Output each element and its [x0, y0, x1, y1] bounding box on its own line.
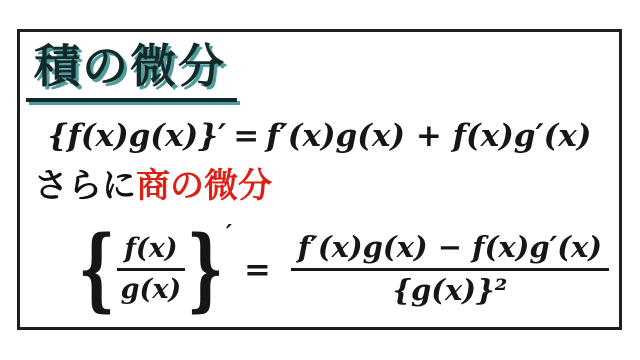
quotient-rule-formula: { f(x) g(x) } ′ = f′(x)g(x) − f(x)g′(x) …: [78, 216, 609, 322]
slide-frame: 積の微分 {f(x)g(x)}′=f′(x)g(x) + f(x)g′(x) さ…: [17, 29, 622, 330]
lhs-denominator: g(x): [117, 271, 184, 305]
open-brace: {: [78, 224, 115, 314]
quotient-rule-equals: =: [244, 250, 271, 288]
subheading-highlight: 商の微分: [136, 167, 272, 205]
subheading-prefix: さらに: [34, 167, 136, 205]
lesson-title: 積の微分: [34, 43, 226, 89]
lhs-numerator: f(x): [117, 233, 184, 270]
prime-mark: ′: [226, 220, 232, 247]
rhs-fraction: f′(x)g(x) − f(x)g′(x) {g(x)}²: [291, 231, 609, 307]
title-underline: [26, 98, 237, 102]
rhs-numerator: f′(x)g(x) − f(x)g′(x): [291, 231, 609, 270]
lhs-fraction: f(x) g(x): [117, 233, 184, 304]
product-rule-equals: =: [226, 118, 266, 154]
subheading: さらに商の微分: [34, 169, 272, 203]
product-rule-formula: {f(x)g(x)}′=f′(x)g(x) + f(x)g′(x): [20, 118, 619, 155]
product-rule-lhs: {f(x)g(x)}′: [48, 118, 227, 154]
product-rule-rhs: f′(x)g(x) + f(x)g′(x): [266, 118, 591, 154]
close-brace: }: [187, 224, 224, 314]
slide-canvas: 積の微分 {f(x)g(x)}′=f′(x)g(x) + f(x)g′(x) さ…: [0, 0, 640, 360]
rhs-denominator: {g(x)}²: [291, 271, 609, 307]
